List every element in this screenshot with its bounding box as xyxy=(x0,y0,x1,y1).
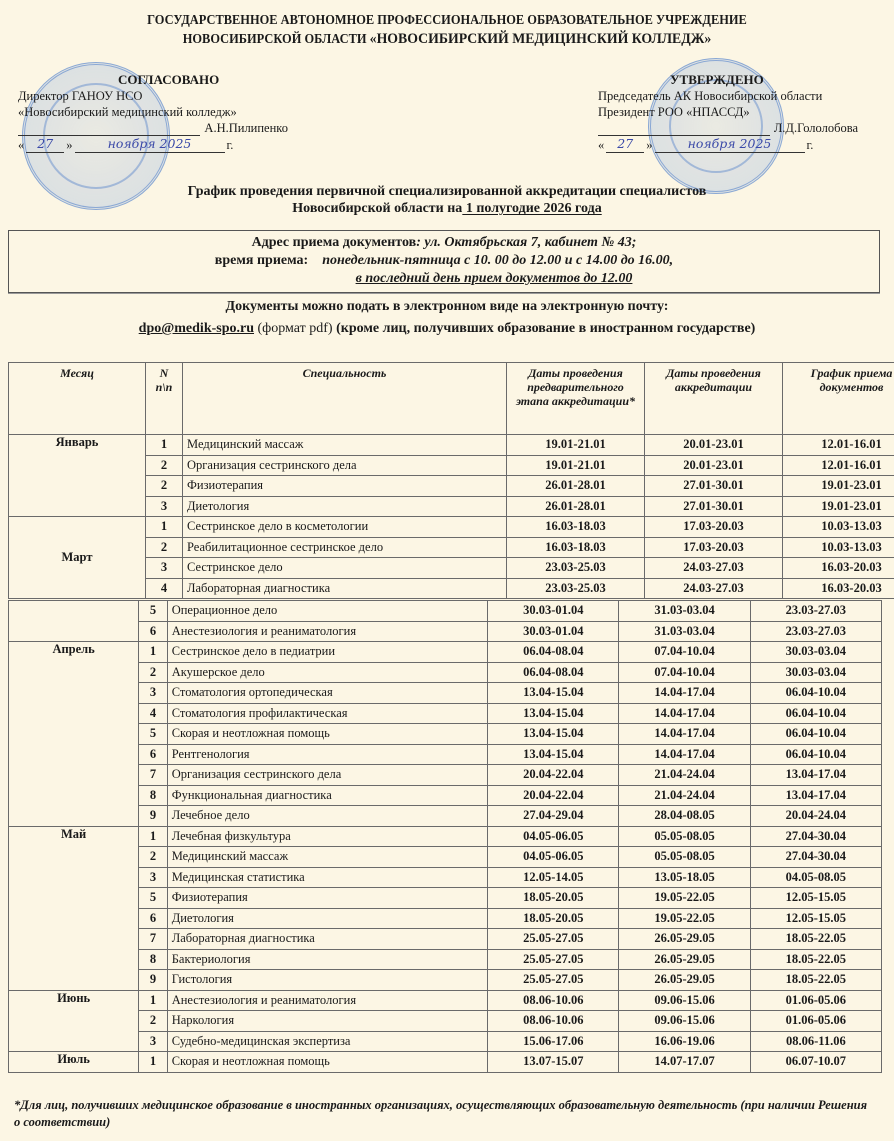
cell-num: 2 xyxy=(139,662,167,683)
table-row: 5Операционное дело30.03-01.0431.03-03.04… xyxy=(9,601,882,622)
cell-prelim-dates: 13.04-15.04 xyxy=(488,683,619,704)
table-row: 3Стоматология ортопедическая13.04-15.041… xyxy=(9,683,882,704)
email-link[interactable]: dpo@medik-spo.ru xyxy=(139,321,254,336)
cell-doc-schedule: 23.03-27.03 xyxy=(750,621,881,642)
cell-specialty: Скорая и неотложная помощь xyxy=(167,1052,488,1073)
cell-doc-schedule: 19.01-23.01 xyxy=(783,496,894,517)
address-label: Адрес приема документов xyxy=(252,235,417,250)
cell-doc-schedule: 18.05-22.05 xyxy=(750,970,881,991)
cell-doc-schedule: 06.04-10.04 xyxy=(750,683,881,704)
table-row: 3Судебно-медицинская экспертиза15.06-17.… xyxy=(9,1031,882,1052)
approval-left-line2: «Новосибирский медицинский колледж» xyxy=(18,104,288,120)
cell-prelim-dates: 16.03-18.03 xyxy=(507,537,645,558)
cell-accred-dates: 26.05-29.05 xyxy=(619,949,750,970)
cell-doc-schedule: 27.04-30.04 xyxy=(750,826,881,847)
info-box: Адрес приема документов: ул. Октябрьская… xyxy=(8,230,880,293)
title-region: Новосибирской области на xyxy=(292,201,462,216)
cell-accred-dates: 09.06-15.06 xyxy=(619,990,750,1011)
cell-prelim-dates: 20.04-22.04 xyxy=(488,765,619,786)
cell-specialty: Лечебная физкультура xyxy=(167,826,488,847)
footnote: *Для лиц, получивших медицинское образов… xyxy=(14,1097,874,1131)
cell-accred-dates: 16.06-19.06 xyxy=(619,1031,750,1052)
cell-specialty: Стоматология ортопедическая xyxy=(167,683,488,704)
cell-prelim-dates: 25.05-27.05 xyxy=(488,970,619,991)
cell-doc-schedule: 06.04-10.04 xyxy=(750,703,881,724)
cell-accred-dates: 05.05-08.05 xyxy=(619,847,750,868)
date-day: 27 xyxy=(26,136,64,153)
cell-month: Июль xyxy=(9,1052,139,1073)
cell-num: 1 xyxy=(139,642,167,663)
cell-prelim-dates: 23.03-25.03 xyxy=(507,578,645,599)
cell-specialty: Диетология xyxy=(183,496,507,517)
cell-specialty: Наркология xyxy=(167,1011,488,1032)
cell-specialty: Операционное дело xyxy=(167,601,488,622)
cell-num: 8 xyxy=(139,785,167,806)
approval-date: « 27 » ноября 2025 г. xyxy=(18,136,288,153)
cell-accred-dates: 14.04-17.04 xyxy=(619,724,750,745)
cell-accred-dates: 26.05-29.05 xyxy=(619,929,750,950)
cell-prelim-dates: 13.07-15.07 xyxy=(488,1052,619,1073)
email-intro: Документы можно подать в электронном вид… xyxy=(226,299,669,314)
title-line-2: Новосибирской области на 1 полугодие 202… xyxy=(0,200,894,217)
cell-accred-dates: 14.04-17.04 xyxy=(619,683,750,704)
table-row: 6Рентгенология13.04-15.0414.04-17.0406.0… xyxy=(9,744,882,765)
cell-prelim-dates: 13.04-15.04 xyxy=(488,744,619,765)
cell-prelim-dates: 18.05-20.05 xyxy=(488,888,619,909)
cell-specialty: Реабилитационное сестринское дело xyxy=(183,537,507,558)
cell-prelim-dates: 30.03-01.04 xyxy=(488,621,619,642)
cell-doc-schedule: 23.03-27.03 xyxy=(750,601,881,622)
cell-specialty: Сестринское дело в косметологии xyxy=(183,517,507,538)
cell-prelim-dates: 18.05-20.05 xyxy=(488,908,619,929)
date-quote-open: « xyxy=(18,137,24,153)
cell-doc-schedule: 18.05-22.05 xyxy=(750,949,881,970)
table-row: 9Гистология25.05-27.0526.05-29.0518.05-2… xyxy=(9,970,882,991)
address-line: Адрес приема документов: ул. Октябрьская… xyxy=(9,234,879,252)
cell-accred-dates: 20.01-23.01 xyxy=(645,455,783,476)
cell-prelim-dates: 19.01-21.01 xyxy=(507,455,645,476)
date-quote-close: » xyxy=(646,137,652,153)
signature-underline xyxy=(18,122,200,136)
cell-specialty: Лабораторная диагностика xyxy=(167,929,488,950)
date-month-year: ноября 2025 xyxy=(655,136,805,153)
cell-doc-schedule: 30.03-03.04 xyxy=(750,642,881,663)
cell-specialty: Функциональная диагностика xyxy=(167,785,488,806)
signature-underline xyxy=(598,122,770,136)
cell-prelim-dates: 15.06-17.06 xyxy=(488,1031,619,1052)
approval-right: УТВЕРЖДЕНО Председатель АК Новосибирской… xyxy=(598,72,858,153)
cell-doc-schedule: 16.03-20.03 xyxy=(783,578,894,599)
cell-doc-schedule: 16.03-20.03 xyxy=(783,558,894,579)
header-month: Месяц xyxy=(9,363,146,435)
table-row: 2Наркология08.06-10.0609.06-15.0601.06-0… xyxy=(9,1011,882,1032)
table-row: 7Организация сестринского дела20.04-22.0… xyxy=(9,765,882,786)
last-day-note: в последний день прием документов до 12.… xyxy=(356,271,633,286)
cell-num: 8 xyxy=(139,949,167,970)
cell-doc-schedule: 13.04-17.04 xyxy=(750,785,881,806)
table-row: Апрель1Сестринское дело в педиатрии06.04… xyxy=(9,642,882,663)
cell-specialty: Анестезиология и реаниматология xyxy=(167,621,488,642)
cell-prelim-dates: 08.06-10.06 xyxy=(488,990,619,1011)
approval-right-heading: УТВЕРЖДЕНО xyxy=(598,72,858,88)
cell-specialty: Медицинский массаж xyxy=(167,847,488,868)
date-suffix: г. xyxy=(807,137,814,153)
cell-accred-dates: 09.06-15.06 xyxy=(619,1011,750,1032)
schedule-table-part2: 5Операционное дело30.03-01.0431.03-03.04… xyxy=(8,600,882,1073)
cell-num: 4 xyxy=(146,578,183,599)
org-line-2: НОВОСИБИРСКОЙ ОБЛАСТИ «НОВОСИБИРСКИЙ МЕД… xyxy=(36,29,858,49)
cell-specialty: Лечебное дело xyxy=(167,806,488,827)
cell-num: 2 xyxy=(146,476,183,497)
cell-num: 7 xyxy=(139,929,167,950)
cell-prelim-dates: 23.03-25.03 xyxy=(507,558,645,579)
org-region: НОВОСИБИРСКОЙ ОБЛАСТИ xyxy=(183,31,370,46)
cell-accred-dates: 27.01-30.01 xyxy=(645,476,783,497)
header-num: N п\п xyxy=(146,363,183,435)
cell-specialty: Медицинский массаж xyxy=(183,435,507,456)
table-row: 7Лабораторная диагностика25.05-27.0526.0… xyxy=(9,929,882,950)
email-note: (кроме лиц, получивших образование в ино… xyxy=(336,321,755,336)
table-row: Январь1Медицинский массаж19.01-21.0120.0… xyxy=(9,435,894,456)
date-suffix: г. xyxy=(227,137,234,153)
cell-accred-dates: 13.05-18.05 xyxy=(619,867,750,888)
cell-num: 3 xyxy=(139,1031,167,1052)
cell-month: Март xyxy=(9,517,146,599)
header-doc-schedule: График приема документов xyxy=(783,363,894,435)
cell-specialty: Скорая и неотложная помощь xyxy=(167,724,488,745)
title-line-1: График проведения первичной специализиро… xyxy=(0,183,894,200)
table-row: Март1Сестринское дело в косметологии16.0… xyxy=(9,517,894,538)
cell-num: 2 xyxy=(146,537,183,558)
cell-specialty: Бактериология xyxy=(167,949,488,970)
address-value: : ул. Октябрьская 7, кабинет № 43; xyxy=(416,235,636,250)
table-row: 3Медицинская статистика12.05-14.0513.05-… xyxy=(9,867,882,888)
org-name: «НОВОСИБИРСКИЙ МЕДИЦИНСКИЙ КОЛЛЕДЖ» xyxy=(370,31,712,47)
table-row: Май1Лечебная физкультура04.05-06.0505.05… xyxy=(9,826,882,847)
cell-num: 3 xyxy=(146,496,183,517)
cell-prelim-dates: 04.05-06.05 xyxy=(488,826,619,847)
cell-prelim-dates: 19.01-21.01 xyxy=(507,435,645,456)
table-row: 9Лечебное дело27.04-29.0428.04-08.0520.0… xyxy=(9,806,882,827)
cell-prelim-dates: 27.04-29.04 xyxy=(488,806,619,827)
cell-doc-schedule: 27.04-30.04 xyxy=(750,847,881,868)
cell-accred-dates: 17.03-20.03 xyxy=(645,517,783,538)
cell-num: 1 xyxy=(146,435,183,456)
date-month-year: ноября 2025 xyxy=(75,136,225,153)
cell-doc-schedule: 13.04-17.04 xyxy=(750,765,881,786)
cell-specialty: Медицинская статистика xyxy=(167,867,488,888)
cell-specialty: Рентгенология xyxy=(167,744,488,765)
cell-specialty: Организация сестринского дела xyxy=(183,455,507,476)
cell-prelim-dates: 25.05-27.05 xyxy=(488,949,619,970)
cell-accred-dates: 19.05-22.05 xyxy=(619,908,750,929)
table-row: 2Медицинский массаж04.05-06.0505.05-08.0… xyxy=(9,847,882,868)
table-row: 6Анестезиология и реаниматология30.03-01… xyxy=(9,621,882,642)
cell-specialty: Сестринское дело в педиатрии xyxy=(167,642,488,663)
cell-month xyxy=(9,601,139,642)
cell-num: 5 xyxy=(139,888,167,909)
table-row: 6Диетология18.05-20.0519.05-22.0512.05-1… xyxy=(9,908,882,929)
header-specialty: Специальность xyxy=(183,363,507,435)
cell-prelim-dates: 25.05-27.05 xyxy=(488,929,619,950)
cell-accred-dates: 07.04-10.04 xyxy=(619,642,750,663)
cell-doc-schedule: 18.05-22.05 xyxy=(750,929,881,950)
cell-accred-dates: 24.03-27.03 xyxy=(645,578,783,599)
date-quote-open: « xyxy=(598,137,604,153)
document-title: График проведения первичной специализиро… xyxy=(0,183,894,217)
cell-specialty: Физиотерапия xyxy=(167,888,488,909)
last-day-line: в последний день прием документов до 12.… xyxy=(9,270,879,288)
approval-right-line2: Президент РОО «НПАССД» xyxy=(598,104,858,120)
cell-doc-schedule: 20.04-24.04 xyxy=(750,806,881,827)
org-line-1: ГОСУДАРСТВЕННОЕ АВТОНОМНОЕ ПРОФЕССИОНАЛЬ… xyxy=(36,10,858,29)
cell-prelim-dates: 30.03-01.04 xyxy=(488,601,619,622)
cell-accred-dates: 19.05-22.05 xyxy=(619,888,750,909)
cell-num: 2 xyxy=(139,1011,167,1032)
cell-num: 1 xyxy=(139,826,167,847)
cell-accred-dates: 31.03-03.04 xyxy=(619,621,750,642)
table-row: 2Акушерское дело06.04-08.0407.04-10.0430… xyxy=(9,662,882,683)
cell-accred-dates: 14.04-17.04 xyxy=(619,703,750,724)
cell-doc-schedule: 19.01-23.01 xyxy=(783,476,894,497)
cell-accred-dates: 27.01-30.01 xyxy=(645,496,783,517)
cell-accred-dates: 26.05-29.05 xyxy=(619,970,750,991)
table-row: 4Стоматология профилактическая13.04-15.0… xyxy=(9,703,882,724)
cell-specialty: Организация сестринского дела xyxy=(167,765,488,786)
cell-accred-dates: 14.04-17.04 xyxy=(619,744,750,765)
cell-prelim-dates: 13.04-15.04 xyxy=(488,724,619,745)
cell-num: 7 xyxy=(139,765,167,786)
cell-accred-dates: 31.03-03.04 xyxy=(619,601,750,622)
cell-accred-dates: 05.05-08.05 xyxy=(619,826,750,847)
cell-specialty: Акушерское дело xyxy=(167,662,488,683)
cell-num: 3 xyxy=(146,558,183,579)
cell-num: 6 xyxy=(139,621,167,642)
cell-month: Апрель xyxy=(9,642,139,827)
cell-prelim-dates: 13.04-15.04 xyxy=(488,703,619,724)
cell-prelim-dates: 16.03-18.03 xyxy=(507,517,645,538)
cell-num: 1 xyxy=(139,1052,167,1073)
cell-prelim-dates: 08.06-10.06 xyxy=(488,1011,619,1032)
cell-doc-schedule: 01.06-05.06 xyxy=(750,990,881,1011)
time-line: время приема: понедельник-пятница с 10. … xyxy=(9,252,879,270)
table-row: 8Бактериология25.05-27.0526.05-29.0518.0… xyxy=(9,949,882,970)
organization-header: ГОСУДАРСТВЕННОЕ АВТОНОМНОЕ ПРОФЕССИОНАЛЬ… xyxy=(36,10,858,49)
cell-doc-schedule: 04.05-08.05 xyxy=(750,867,881,888)
cell-accred-dates: 21.04-24.04 xyxy=(619,765,750,786)
cell-num: 6 xyxy=(139,744,167,765)
cell-doc-schedule: 06.04-10.04 xyxy=(750,724,881,745)
cell-num: 9 xyxy=(139,970,167,991)
cell-doc-schedule: 30.03-03.04 xyxy=(750,662,881,683)
cell-doc-schedule: 10.03-13.03 xyxy=(783,537,894,558)
cell-num: 2 xyxy=(139,847,167,868)
cell-specialty: Физиотерапия xyxy=(183,476,507,497)
cell-num: 2 xyxy=(146,455,183,476)
header-prelim-dates: Даты проведения предварительного этапа а… xyxy=(507,363,645,435)
cell-specialty: Анестезиология и реаниматология xyxy=(167,990,488,1011)
cell-month: Май xyxy=(9,826,139,990)
cell-prelim-dates: 04.05-06.05 xyxy=(488,847,619,868)
cell-num: 6 xyxy=(139,908,167,929)
cell-specialty: Стоматология профилактическая xyxy=(167,703,488,724)
cell-specialty: Судебно-медицинская экспертиза xyxy=(167,1031,488,1052)
title-period: 1 полугодие 2026 года xyxy=(462,201,601,216)
cell-num: 4 xyxy=(139,703,167,724)
cell-accred-dates: 14.07-17.07 xyxy=(619,1052,750,1073)
cell-num: 3 xyxy=(139,867,167,888)
cell-doc-schedule: 12.05-15.05 xyxy=(750,908,881,929)
cell-accred-dates: 20.01-23.01 xyxy=(645,435,783,456)
time-value: понедельник-пятница с 10. 00 до 12.00 и … xyxy=(322,253,673,268)
time-label: время приема: xyxy=(215,253,308,268)
email-format: (формат pdf) xyxy=(254,321,336,336)
cell-month: Январь xyxy=(9,435,146,517)
cell-accred-dates: 17.03-20.03 xyxy=(645,537,783,558)
cell-month: Июнь xyxy=(9,990,139,1052)
date-day: 27 xyxy=(606,136,644,153)
cell-specialty: Гистология xyxy=(167,970,488,991)
signature-line: Л.Д.Гололобова xyxy=(598,120,858,136)
date-quote-close: » xyxy=(66,137,72,153)
cell-doc-schedule: 12.01-16.01 xyxy=(783,455,894,476)
cell-num: 1 xyxy=(146,517,183,538)
cell-prelim-dates: 20.04-22.04 xyxy=(488,785,619,806)
cell-prelim-dates: 26.01-28.01 xyxy=(507,496,645,517)
signer-name: А.Н.Пилипенко xyxy=(204,120,288,136)
approval-right-line1: Председатель АК Новосибирской области xyxy=(598,88,858,104)
cell-doc-schedule: 10.03-13.03 xyxy=(783,517,894,538)
cell-prelim-dates: 06.04-08.04 xyxy=(488,642,619,663)
cell-doc-schedule: 01.06-05.06 xyxy=(750,1011,881,1032)
cell-doc-schedule: 12.01-16.01 xyxy=(783,435,894,456)
table-header-row: Месяц N п\п Специальность Даты проведени… xyxy=(9,363,894,435)
cell-accred-dates: 28.04-08.05 xyxy=(619,806,750,827)
cell-num: 3 xyxy=(139,683,167,704)
signature-line: А.Н.Пилипенко xyxy=(18,120,288,136)
cell-num: 5 xyxy=(139,601,167,622)
cell-accred-dates: 24.03-27.03 xyxy=(645,558,783,579)
approval-left: СОГЛАСОВАНО Директор ГАНОУ НСО «Новосиби… xyxy=(18,72,288,153)
approval-left-heading: СОГЛАСОВАНО xyxy=(18,72,288,88)
table-row: Июль1Скорая и неотложная помощь13.07-15.… xyxy=(9,1052,882,1073)
approval-date: « 27 » ноября 2025 г. xyxy=(598,136,858,153)
approval-left-line1: Директор ГАНОУ НСО xyxy=(18,88,288,104)
cell-accred-dates: 21.04-24.04 xyxy=(619,785,750,806)
cell-doc-schedule: 06.04-10.04 xyxy=(750,744,881,765)
cell-num: 1 xyxy=(139,990,167,1011)
cell-num: 5 xyxy=(139,724,167,745)
signer-name: Л.Д.Гололобова xyxy=(774,120,858,136)
cell-specialty: Сестринское дело xyxy=(183,558,507,579)
cell-prelim-dates: 06.04-08.04 xyxy=(488,662,619,683)
cell-specialty: Диетология xyxy=(167,908,488,929)
table-row: 5Скорая и неотложная помощь13.04-15.0414… xyxy=(9,724,882,745)
header-accred-dates: Даты проведения аккредитации xyxy=(645,363,783,435)
cell-num: 9 xyxy=(139,806,167,827)
cell-specialty: Лабораторная диагностика xyxy=(183,578,507,599)
cell-doc-schedule: 06.07-10.07 xyxy=(750,1052,881,1073)
table-row: 8Функциональная диагностика20.04-22.0421… xyxy=(9,785,882,806)
cell-accred-dates: 07.04-10.04 xyxy=(619,662,750,683)
schedule-table-part1: Месяц N п\п Специальность Даты проведени… xyxy=(8,362,894,599)
table-row: 5Физиотерапия18.05-20.0519.05-22.0512.05… xyxy=(9,888,882,909)
cell-prelim-dates: 12.05-14.05 xyxy=(488,867,619,888)
table-row: Июнь1Анестезиология и реаниматология08.0… xyxy=(9,990,882,1011)
cell-doc-schedule: 08.06-11.06 xyxy=(750,1031,881,1052)
cell-prelim-dates: 26.01-28.01 xyxy=(507,476,645,497)
cell-doc-schedule: 12.05-15.05 xyxy=(750,888,881,909)
email-block: Документы можно подать в электронном вид… xyxy=(0,296,894,340)
